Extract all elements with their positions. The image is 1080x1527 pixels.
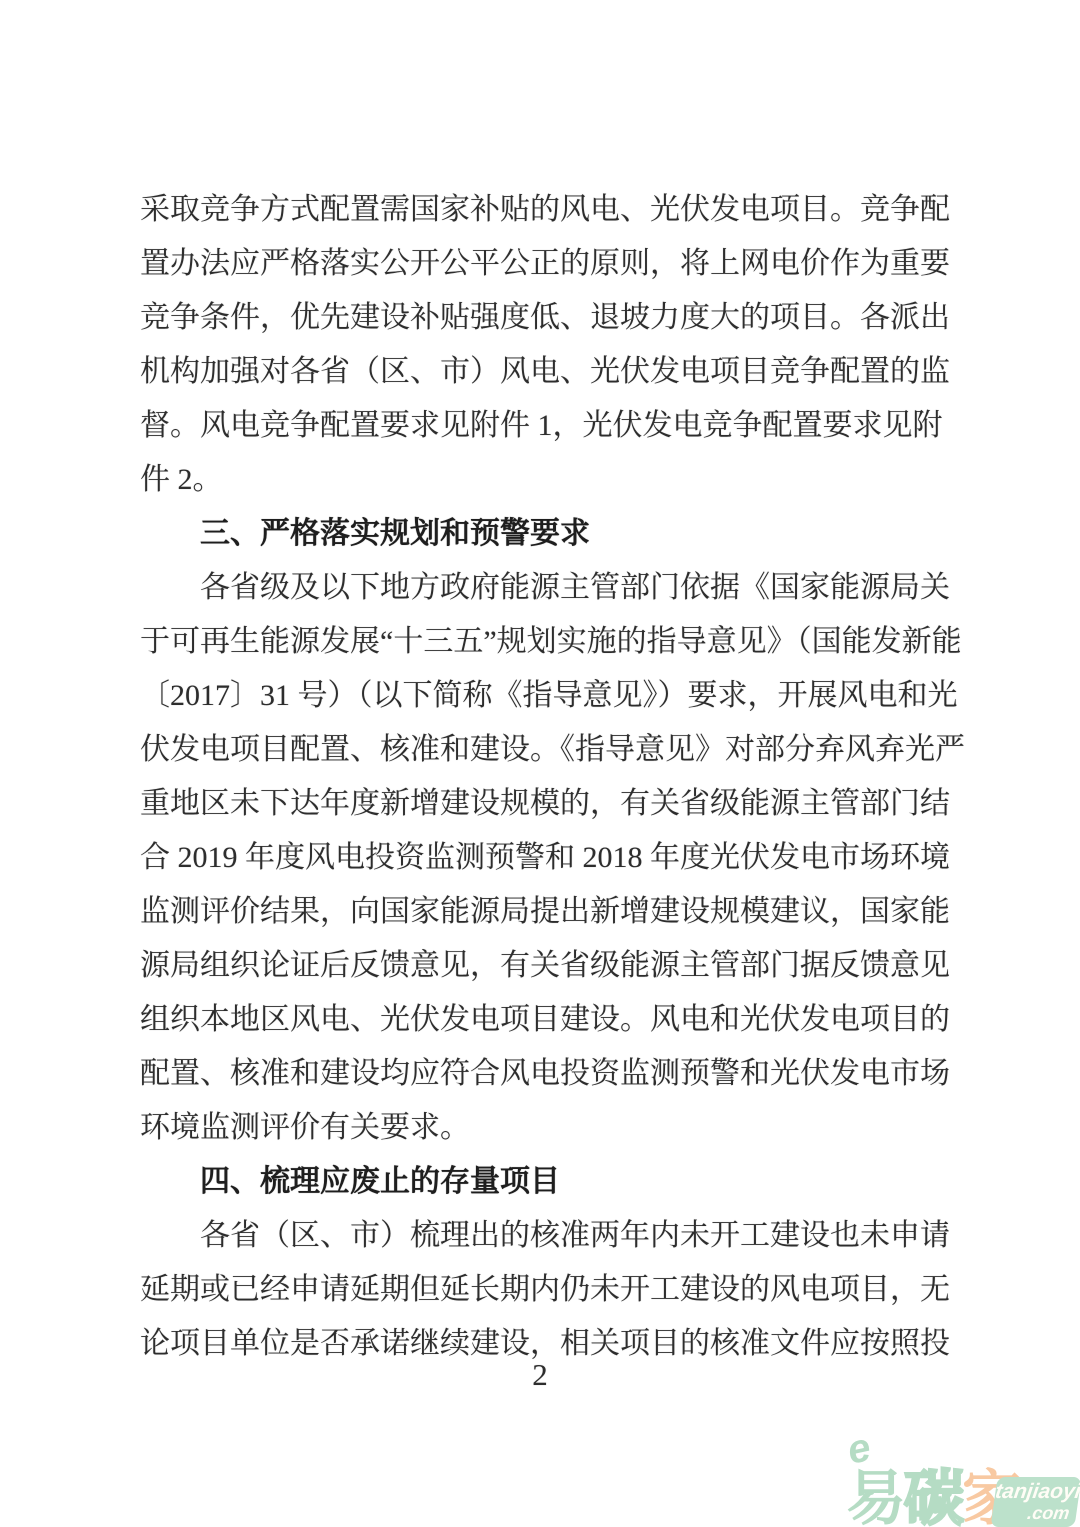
text-line: 各省（区、市）梳理出的核准两年内未开工建设也未申请 (140, 1209, 940, 1263)
paragraph-continuation: 采取竞争方式配置需国家补贴的风电、光伏发电项目。竞争配置办法应严格落实公开公平公… (140, 183, 940, 507)
text-line: 合 2019 年度风电投资监测预警和 2018 年度光伏发电市场环境 (140, 831, 940, 885)
logo-char-jia: 家 (962, 1465, 1020, 1527)
text-line: 组织本地区风电、光伏发电项目建设。风电和光伏发电项目的 (140, 993, 940, 1047)
text-line: 于可再生能源发展“十三五”规划实施的指导意见》（国能发新能 (140, 615, 940, 669)
text-line: 配置、核准和建设均应符合风电投资监测预警和光伏发电市场 (140, 1047, 940, 1101)
text-line: 源局组织论证后反馈意见，有关省级能源主管部门据反馈意见 (140, 939, 940, 993)
text-line: 采取竞争方式配置需国家补贴的风电、光伏发电项目。竞争配 (140, 183, 940, 237)
text-line: 置办法应严格落实公开公平公正的原则，将上网电价作为重要 (140, 237, 940, 291)
text-line: 伏发电项目配置、核准和建设。《指导意见》对部分弃风弃光严 (140, 723, 940, 777)
logo-characters: 易碳家 (846, 1469, 1020, 1527)
text-line: 机构加强对各省（区、市）风电、光伏发电项目竞争配置的监 (140, 345, 940, 399)
logo-badge-name: tanjiaoyi (994, 1480, 1074, 1503)
text-line: 件 2。 (140, 453, 940, 507)
text-line: 〔2017〕31 号）（以下简称《指导意见》）要求，开展风电和光 (140, 669, 940, 723)
logo-char-tan: 碳 (904, 1465, 962, 1527)
logo-e-swirl-icon: e (844, 1425, 875, 1474)
text-line: 各省级及以下地方政府能源主管部门依据《国家能源局关 (140, 561, 940, 615)
page-number: 2 (0, 1350, 1080, 1400)
section-heading-3: 三、严格落实规划和预警要求 (140, 507, 940, 561)
logo-badge-domain: .com (991, 1503, 1071, 1523)
document-content: 采取竞争方式配置需国家补贴的风电、光伏发电项目。竞争配置办法应严格落实公开公平公… (140, 183, 940, 1371)
document-page: 采取竞争方式配置需国家补贴的风电、光伏发电项目。竞争配置办法应严格落实公开公平公… (0, 0, 1080, 1527)
text-line: 重地区未下达年度新增建设规模的，有关省级能源主管部门结 (140, 777, 940, 831)
logo-domain-badge: tanjiaoyi .com (990, 1477, 1080, 1527)
text-line: 监测评价结果，向国家能源局提出新增建设规模建议，国家能 (140, 885, 940, 939)
text-line: 环境监测评价有关要求。 (140, 1101, 940, 1155)
section-heading-4: 四、梳理应废止的存量项目 (140, 1155, 940, 1209)
logo-char-yi: 易 (846, 1465, 904, 1527)
tanjiaoyi-watermark-logo: e 易碳家 tanjiaoyi .com (840, 1433, 1080, 1527)
paragraph-section-3: 各省级及以下地方政府能源主管部门依据《国家能源局关于可再生能源发展“十三五”规划… (140, 561, 940, 1155)
text-line: 延期或已经申请延期但延长期内仍未开工建设的风电项目，无 (140, 1263, 940, 1317)
text-line: 竞争条件，优先建设补贴强度低、退坡力度大的项目。各派出 (140, 291, 940, 345)
paragraph-section-4: 各省（区、市）梳理出的核准两年内未开工建设也未申请延期或已经申请延期但延长期内仍… (140, 1209, 940, 1371)
text-line: 督。风电竞争配置要求见附件 1，光伏发电竞争配置要求见附 (140, 399, 940, 453)
